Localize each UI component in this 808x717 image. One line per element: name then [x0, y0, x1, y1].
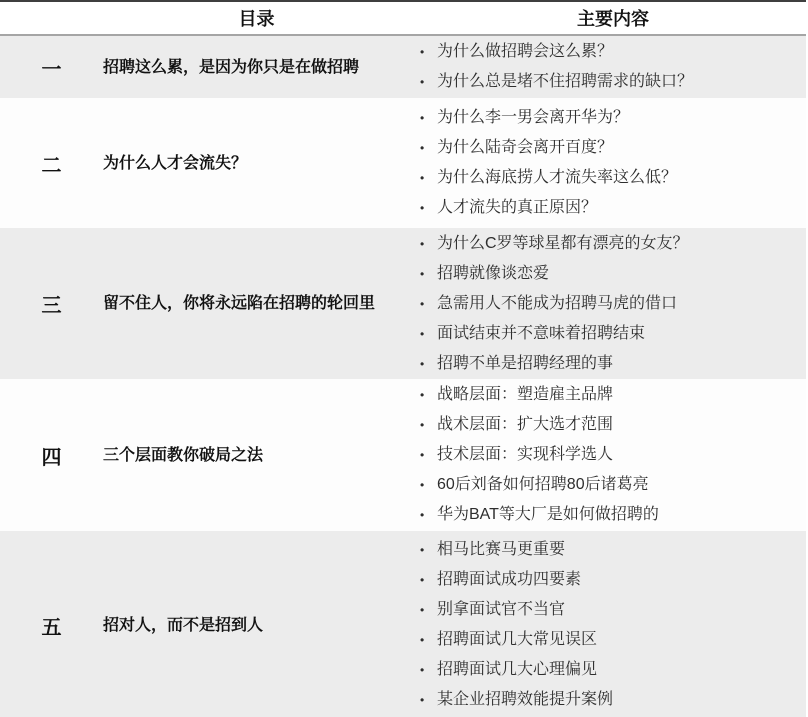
bullet-text: 急需用人不能成为招聘马虎的借口: [437, 289, 677, 319]
bullet-icon: •: [420, 163, 437, 193]
bullet-item: •招聘不单是招聘经理的事: [420, 349, 794, 379]
bullet-icon: •: [420, 103, 437, 133]
bullet-icon: •: [420, 380, 437, 410]
table-header: 目录 主要内容: [0, 2, 806, 36]
chapter-number: 四: [0, 379, 103, 531]
bullet-text: 为什么海底捞人才流失率这么低？: [437, 163, 677, 193]
bullet-item: •华为BAT等大厂是如何做招聘的: [420, 500, 794, 530]
bullet-text: 招聘面试几大心理偏见: [437, 655, 597, 685]
table-row: 二 为什么人才会流失？ •为什么李一男会离开华为？ •为什么陆奇会离开百度？ •…: [0, 98, 806, 228]
bullet-text: 为什么陆奇会离开百度？: [437, 133, 613, 163]
header-col-contents: 目录: [0, 5, 410, 31]
bullet-icon: •: [420, 67, 437, 97]
table-row: 一 招聘这么累，是因为你只是在做招聘 •为什么做招聘会这么累？ •为什么总是堵不…: [0, 36, 806, 98]
bullet-item: •为什么做招聘会这么累？: [420, 37, 794, 67]
chapter-title: 为什么人才会流失？: [103, 98, 410, 228]
bullet-item: •面试结束并不意味着招聘结束: [420, 319, 794, 349]
bullet-text: 华为BAT等大厂是如何做招聘的: [437, 500, 659, 530]
table-row: 三 留不住人，你将永远陷在招聘的轮回里 •为什么C罗等球星都有漂亮的女友？ •招…: [0, 228, 806, 379]
bullet-text: 为什么做招聘会这么累？: [437, 37, 613, 67]
bullet-item: •招聘就像谈恋爱: [420, 259, 794, 289]
bullet-item: •招聘面试成功四要素: [420, 565, 794, 595]
bullet-icon: •: [420, 685, 437, 715]
bullet-item: •为什么李一男会离开华为？: [420, 103, 794, 133]
bullet-item: •招聘面试几大常见误区: [420, 625, 794, 655]
bullet-text: 为什么C罗等球星都有漂亮的女友？: [437, 229, 689, 259]
bullet-icon: •: [420, 595, 437, 625]
bullet-icon: •: [420, 289, 437, 319]
bullet-item: •技术层面：实现科学选人: [420, 440, 794, 470]
bullet-item: •相马比赛马更重要: [420, 535, 794, 565]
chapter-topics: •相马比赛马更重要 •招聘面试成功四要素 •别拿面试官不当官 •招聘面试几大常见…: [410, 531, 806, 717]
bullet-text: 技术层面：实现科学选人: [437, 440, 613, 470]
bullet-text: 招聘不单是招聘经理的事: [437, 349, 613, 379]
bullet-icon: •: [420, 349, 437, 379]
bullet-item: •别拿面试官不当官: [420, 595, 794, 625]
bullet-text: 战术层面：扩大选才范围: [437, 410, 613, 440]
bullet-icon: •: [420, 440, 437, 470]
bullet-icon: •: [420, 193, 437, 223]
chapter-topics: •为什么做招聘会这么累？ •为什么总是堵不住招聘需求的缺口？: [410, 36, 806, 98]
bullet-text: 战略层面：塑造雇主品牌: [437, 380, 613, 410]
bullet-icon: •: [420, 500, 437, 530]
bullet-icon: •: [420, 655, 437, 685]
bullet-text: 招聘就像谈恋爱: [437, 259, 549, 289]
chapter-title: 留不住人，你将永远陷在招聘的轮回里: [103, 228, 410, 379]
chapter-topics: •为什么C罗等球星都有漂亮的女友？ •招聘就像谈恋爱 •急需用人不能成为招聘马虎…: [410, 228, 806, 379]
chapter-title: 三个层面教你破局之法: [103, 379, 410, 531]
bullet-text: 为什么总是堵不住招聘需求的缺口？: [437, 67, 693, 97]
chapter-number: 一: [0, 36, 103, 98]
bullet-item: •急需用人不能成为招聘马虎的借口: [420, 289, 794, 319]
bullet-text: 为什么李一男会离开华为？: [437, 103, 629, 133]
table-row: 四 三个层面教你破局之法 •战略层面：塑造雇主品牌 •战术层面：扩大选才范围 •…: [0, 379, 806, 531]
bullet-icon: •: [420, 625, 437, 655]
bullet-text: 人才流失的真正原因？: [437, 193, 597, 223]
chapter-number: 三: [0, 228, 103, 379]
bullet-icon: •: [420, 410, 437, 440]
toc-table: 目录 主要内容 一 招聘这么累，是因为你只是在做招聘 •为什么做招聘会这么累？ …: [0, 0, 806, 715]
chapter-number: 二: [0, 98, 103, 228]
chapter-title: 招聘这么累，是因为你只是在做招聘: [103, 36, 410, 98]
bullet-item: •为什么C罗等球星都有漂亮的女友？: [420, 229, 794, 259]
bullet-text: 某企业招聘效能提升案例: [437, 685, 613, 715]
bullet-icon: •: [420, 319, 437, 349]
bullet-item: •招聘面试几大心理偏见: [420, 655, 794, 685]
bullet-item: •战略层面：塑造雇主品牌: [420, 380, 794, 410]
bullet-text: 面试结束并不意味着招聘结束: [437, 319, 645, 349]
bullet-text: 招聘面试几大常见误区: [437, 625, 597, 655]
bullet-text: 60后刘备如何招聘80后诸葛亮: [437, 470, 649, 500]
bullet-icon: •: [420, 37, 437, 67]
bullet-item: •战术层面：扩大选才范围: [420, 410, 794, 440]
bullet-icon: •: [420, 470, 437, 500]
chapter-number: 五: [0, 531, 103, 717]
header-col-main-content: 主要内容: [410, 5, 806, 31]
bullet-item: •为什么总是堵不住招聘需求的缺口？: [420, 67, 794, 97]
table-row: 五 招对人，而不是招到人 •相马比赛马更重要 •招聘面试成功四要素 •别拿面试官…: [0, 531, 806, 717]
chapter-title: 招对人，而不是招到人: [103, 531, 410, 717]
bullet-item: •为什么陆奇会离开百度？: [420, 133, 794, 163]
bullet-item: •60后刘备如何招聘80后诸葛亮: [420, 470, 794, 500]
bullet-icon: •: [420, 565, 437, 595]
chapter-topics: •为什么李一男会离开华为？ •为什么陆奇会离开百度？ •为什么海底捞人才流失率这…: [410, 98, 806, 228]
bullet-icon: •: [420, 535, 437, 565]
bullet-item: •为什么海底捞人才流失率这么低？: [420, 163, 794, 193]
bullet-icon: •: [420, 229, 437, 259]
bullet-item: •某企业招聘效能提升案例: [420, 685, 794, 715]
bullet-icon: •: [420, 133, 437, 163]
bullet-icon: •: [420, 259, 437, 289]
bullet-text: 招聘面试成功四要素: [437, 565, 581, 595]
bullet-text: 相马比赛马更重要: [437, 535, 565, 565]
chapter-topics: •战略层面：塑造雇主品牌 •战术层面：扩大选才范围 •技术层面：实现科学选人 •…: [410, 379, 806, 531]
bullet-item: •人才流失的真正原因？: [420, 193, 794, 223]
bullet-text: 别拿面试官不当官: [437, 595, 565, 625]
